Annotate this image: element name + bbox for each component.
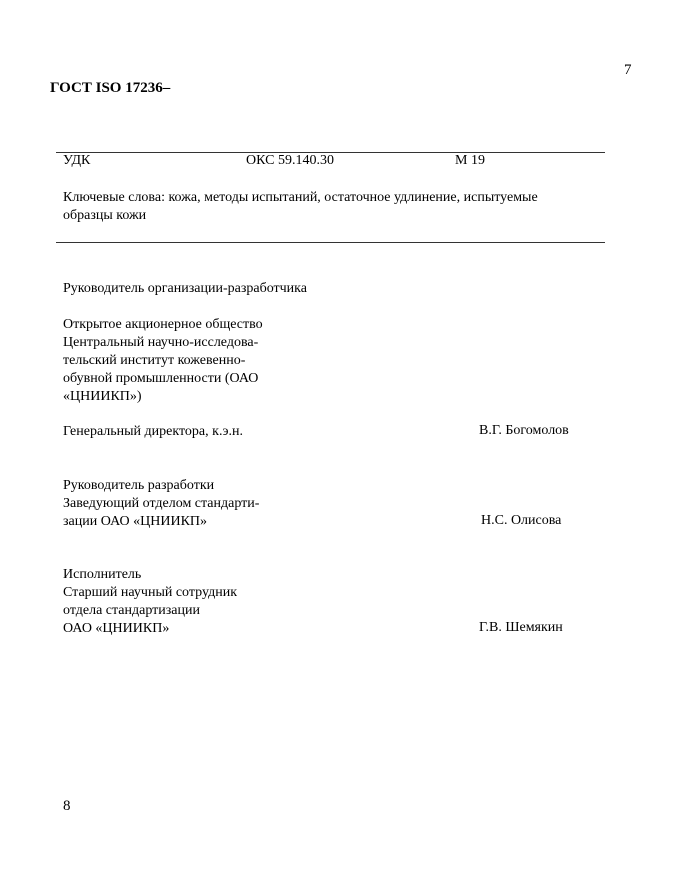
- development-lead: Руководитель разработки Заведующий отдел…: [63, 477, 259, 531]
- dev-lead-line: Заведующий отделом стандарти-: [63, 495, 259, 513]
- executor-line: Исполнитель: [63, 566, 237, 584]
- oks-code: ОКС 59.140.30: [246, 153, 334, 169]
- org-line: обувной промышленности (ОАО: [63, 370, 263, 388]
- executor: Исполнитель Старший научный сотрудник от…: [63, 566, 237, 638]
- keywords-line-2: образцы кожи: [63, 207, 608, 225]
- developer-role-title: Руководитель организации-разработчика: [63, 280, 307, 298]
- director-name: В.Г. Богомолов: [479, 423, 569, 439]
- dev-lead-line: зации ОАО «ЦНИИКП»: [63, 513, 259, 531]
- standard-code-header: ГОСТ ISO 17236–: [50, 80, 170, 97]
- page-number-bottom: 8: [63, 798, 71, 815]
- m-code: М 19: [455, 153, 485, 169]
- executor-name: Г.В. Шемякин: [479, 620, 563, 636]
- bottom-divider: [56, 242, 605, 243]
- executor-line: ОАО «ЦНИИКП»: [63, 620, 237, 638]
- org-line: «ЦНИИКП»): [63, 388, 263, 406]
- developer-organization: Открытое акционерное общество Центральны…: [63, 316, 263, 406]
- executor-line: отдела стандартизации: [63, 602, 237, 620]
- development-lead-name: Н.С. Олисова: [481, 513, 561, 529]
- org-line: Центральный научно-исследова-: [63, 334, 263, 352]
- executor-line: Старший научный сотрудник: [63, 584, 237, 602]
- keywords: Ключевые слова: кожа, методы испытаний, …: [63, 189, 608, 225]
- org-line: Открытое акционерное общество: [63, 316, 263, 334]
- udk-label: УДК: [63, 153, 90, 169]
- page-number-top: 7: [624, 62, 632, 79]
- keywords-line-1: Ключевые слова: кожа, методы испытаний, …: [63, 189, 608, 207]
- director-title: Генеральный директора, к.э.н.: [63, 423, 243, 441]
- org-line: тельский институт кожевенно-: [63, 352, 263, 370]
- dev-lead-line: Руководитель разработки: [63, 477, 259, 495]
